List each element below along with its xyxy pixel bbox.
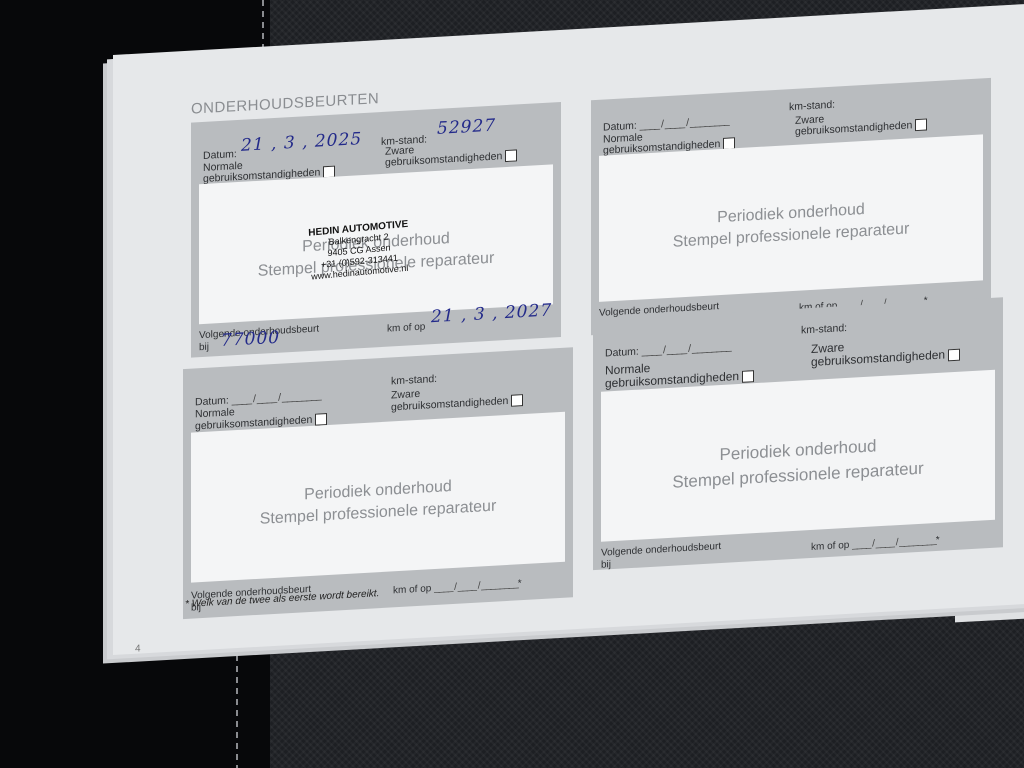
stamp-box: Periodiek onderhoud Stempel professionel…: [599, 134, 983, 301]
km-or-on-row: km of op ____ / ____ / ________*: [393, 578, 522, 596]
km-stand-label: km-stand:: [789, 99, 835, 114]
heavy-conditions-checkbox[interactable]: [915, 119, 927, 132]
service-entry-1: Datum: 21 , 3 , 2025 km-stand: 52927 Nor…: [191, 102, 561, 358]
dark-background-bottom: [0, 640, 230, 768]
service-date: 21 , 3 , 2025: [241, 129, 362, 156]
asterisk: *: [936, 535, 940, 546]
km-or-on-label: km of op: [811, 540, 849, 553]
seat-stitching-bottom: [236, 655, 238, 768]
heavy-conditions-checkbox[interactable]: [948, 348, 960, 361]
date-label-3: Datum: ____ / ____ / ________: [195, 389, 321, 408]
heavy-conditions-checkbox[interactable]: [511, 394, 523, 407]
next-service-label: Volgende onderhoudsbeurt: [601, 541, 721, 559]
km-stand-label: km-stand:: [801, 322, 847, 337]
service-entry-2: Datum: ____ / ____ / ________ km-stand: …: [591, 78, 991, 335]
dealer-stamp: HEDIN AUTOMOTIVE Balkengracht 2 9405 CG …: [308, 219, 410, 283]
km-stand-value: 52927: [437, 116, 496, 139]
stamp-box: Periodiek onderhoud Stempel professionel…: [199, 164, 553, 324]
next-service-km: 77000: [221, 328, 280, 351]
page-number: 4: [135, 643, 141, 654]
booklet-page: ONDERHOUDSBEURTEN Datum: 21 , 3 , 2025 k…: [113, 0, 1024, 655]
km-or-on-label: km of op: [393, 583, 431, 596]
date-label-4: Datum: ____ / ____ / ________: [605, 340, 731, 359]
service-entry-3: Datum: ____ / ____ / ________ km-stand: …: [183, 347, 573, 619]
date-blank: ____ / ____ / ________: [642, 340, 731, 357]
date-label-text: Datum:: [605, 346, 639, 360]
km-stand-label: km-stand:: [391, 373, 437, 388]
next-date-blank: ____ / ____ / ________: [434, 578, 518, 594]
at-label: bij: [199, 342, 209, 354]
stamp-box: Periodiek onderhoud Stempel professionel…: [601, 370, 995, 542]
normal-conditions-checkbox[interactable]: [742, 370, 754, 383]
stamp-box: Periodiek onderhoud Stempel professionel…: [191, 412, 565, 583]
km-or-on-label: km of op: [387, 322, 425, 335]
asterisk: *: [518, 578, 522, 589]
at-label: bij: [601, 559, 611, 571]
date-blank: ____ / ____ / ________: [232, 389, 321, 406]
normal-conditions-checkbox[interactable]: [315, 413, 327, 426]
date-label-2: Datum: ____ / ____ / ________: [603, 115, 729, 134]
km-or-on-row: km of op ____ / ____ / ________*: [811, 535, 940, 553]
service-entry-4: Datum: ____ / ____ / ________ km-stand: …: [593, 297, 1003, 570]
heavy-conditions-checkbox[interactable]: [505, 150, 517, 163]
next-date-blank: ____ / ____ / ________: [852, 535, 936, 551]
date-blank: ____ / ____ / ________: [640, 115, 729, 132]
